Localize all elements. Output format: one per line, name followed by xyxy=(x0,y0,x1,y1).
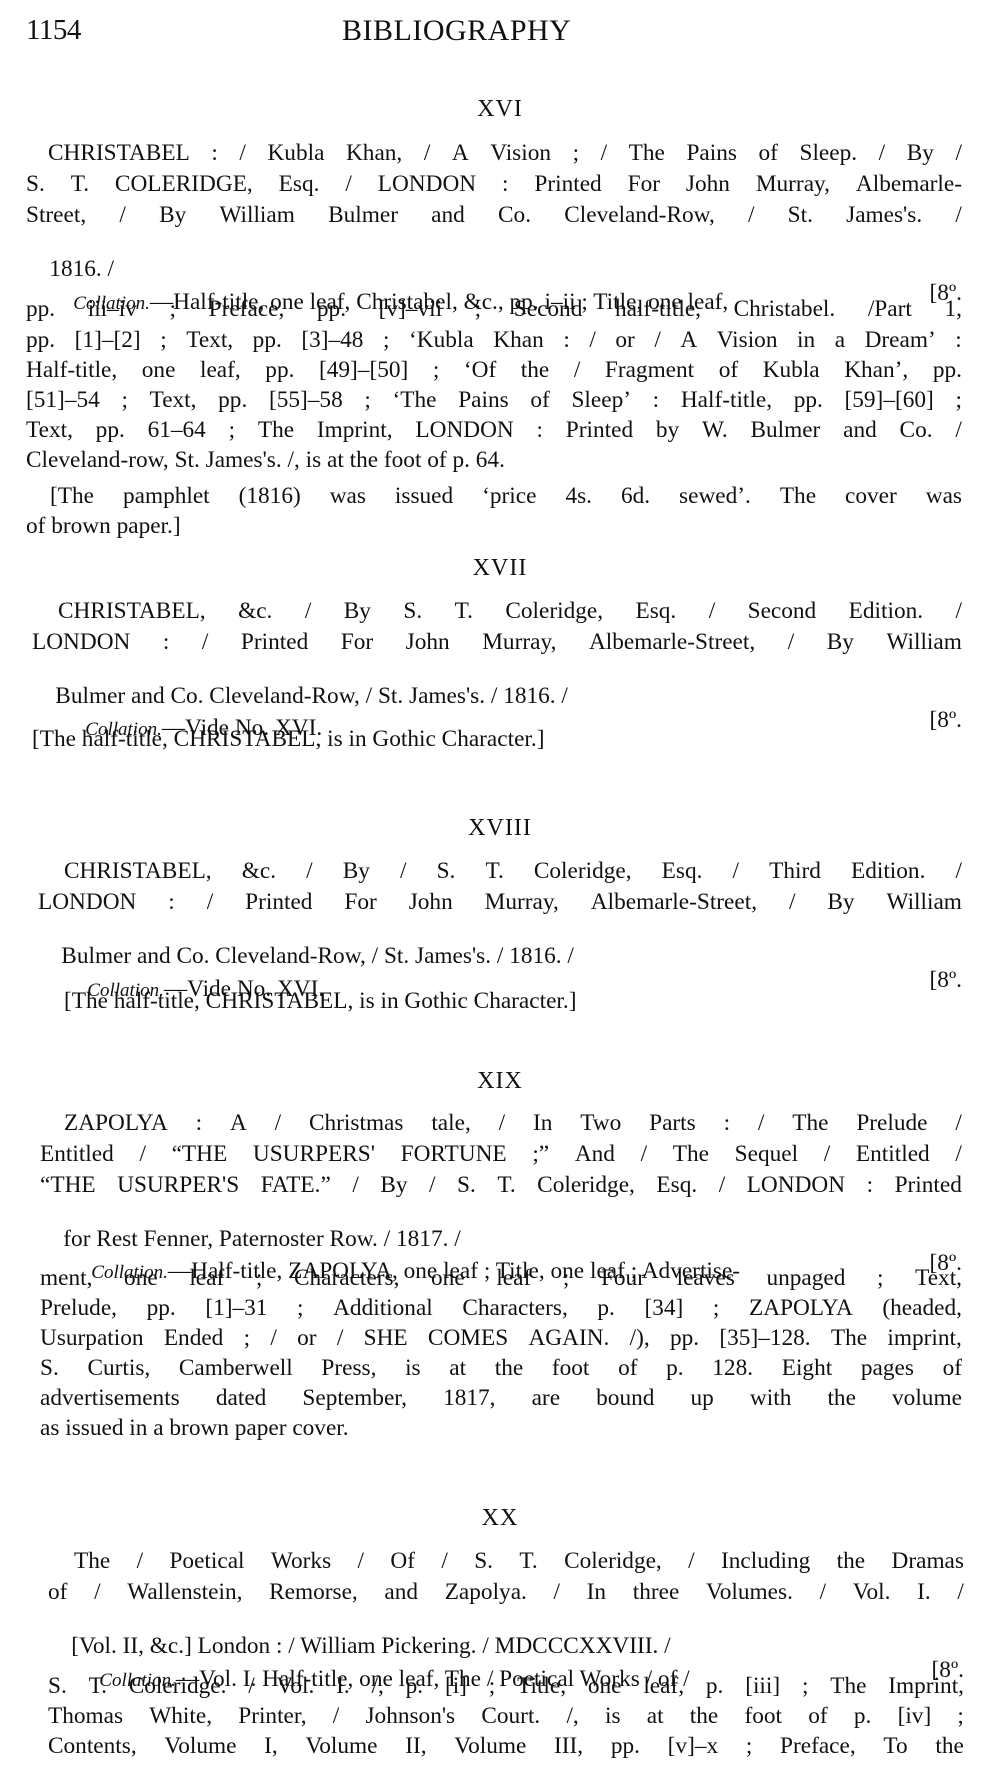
entry-xvi-title-line-1: CHRISTABEL:/KublaKhan,/AVision;/ThePains… xyxy=(48,142,962,165)
entry-number-xvi: XVI xyxy=(0,96,1000,123)
entry-xx-collation-line-2: S.T.Coleridge./Vol.I./,p.[i];Title,onele… xyxy=(48,1675,964,1698)
entry-xviii-title-line-1: CHRISTABEL,&c./By/S.T.Coleridge,Esq./Thi… xyxy=(64,860,962,883)
entry-xx-title-line-1: The/PoeticalWorks/Of/S.T.Coleridge,/Incl… xyxy=(74,1550,964,1573)
entry-xix-collation-line-2: ment,oneleaf;Characters,oneleaf;Fourleav… xyxy=(40,1267,962,1290)
entry-number-xix: XIX xyxy=(0,1068,1000,1095)
running-title: BIBLIOGRAPHY xyxy=(342,14,571,48)
entry-xix-title-line-1: ZAPOLYA:A/Christmastale,/InTwoParts:/The… xyxy=(64,1112,962,1135)
entry-xviii-note: [The half-title, CHRISTABEL, is in Gothi… xyxy=(64,990,577,1013)
entry-xviii-title-line-2: LONDON:/PrintedForJohnMurray,Albemarle-S… xyxy=(38,891,962,914)
entry-xix-collation-line-4: UsurpationEnded;/or/SHECOMESAGAIN./),pp.… xyxy=(40,1327,962,1350)
entry-number-xviii: XVIII xyxy=(0,815,1000,842)
entry-xix-collation-line-3: Prelude,pp.[1]–31;AdditionalCharacters,p… xyxy=(40,1297,962,1320)
entry-xx-collation-line-3: ThomasWhite,Printer,/Johnson'sCourt./,is… xyxy=(48,1705,964,1728)
entry-xviii-format: [8º. xyxy=(930,969,962,992)
entry-xvi-collation-line-2: pp.iii–iv;Preface,pp.[v]–vii;Secondhalf-… xyxy=(26,298,962,321)
entry-xvi-collation-line-5: [51]–54;Text,pp.[55]–58;‘ThePainsofSleep… xyxy=(26,389,962,412)
entry-number-xvii: XVII xyxy=(0,555,1000,582)
entry-xvi-collation-line-7: Cleveland-row, St. James's. /, is at the… xyxy=(26,449,505,472)
entry-xx-collation-line-4: Contents,VolumeI,VolumeII,VolumeIII,pp.[… xyxy=(48,1735,964,1758)
entry-xix-title-line-3: “THEUSURPER'SFATE.”/By/S.T.Coleridge,Esq… xyxy=(40,1174,962,1197)
entry-xvi-collation-line-3: pp.[1]–[2];Text,pp.[3]–48;‘KublaKhan:/or… xyxy=(26,329,962,352)
entry-xix-collation-line-7: as issued in a brown paper cover. xyxy=(40,1417,349,1440)
entry-xvi-title-line-2: S.T.COLERIDGE,Esq./LONDON:PrintedForJohn… xyxy=(26,173,962,196)
entry-xvii-note: [The half-title, CHRISTABEL, is in Gothi… xyxy=(32,728,545,751)
entry-xix-collation-line-6: advertisementsdatedSeptember,1817,arebou… xyxy=(40,1387,962,1410)
entry-number-xx: XX xyxy=(0,1505,1000,1532)
entry-xvii-format: [8º. xyxy=(930,709,962,732)
entry-xix-title-line-2: Entitled/“THEUSURPERS'FORTUNE;”And/TheSe… xyxy=(40,1143,962,1166)
page-number: 1154 xyxy=(26,14,81,47)
entry-xvi-collation-line-6: Text,pp.61–64;TheImprint,LONDON:Printedb… xyxy=(26,419,962,442)
entry-xvii-title-line-2: LONDON:/PrintedForJohnMurray,Albemarle-S… xyxy=(32,631,962,654)
running-head: 1154 BIBLIOGRAPHY xyxy=(26,14,956,54)
book-page: 1154 BIBLIOGRAPHY XVI CHRISTABEL:/KublaK… xyxy=(0,0,1000,1791)
entry-xvi-collation-line-4: Half-title,oneleaf,pp.[49]–[50];‘Ofthe/F… xyxy=(26,359,962,382)
entry-xvi-note-line-2: of brown paper.] xyxy=(26,515,181,538)
entry-xx-title-line-2: of/Wallenstein,Remorse,andZapolya./Inthr… xyxy=(48,1581,964,1604)
entry-xix-collation-line-5: S.Curtis,CamberwellPress,isatthefootofp.… xyxy=(40,1357,962,1380)
entry-xvi-note-line-1: [Thepamphlet(1816)wasissued‘price4s.6d.s… xyxy=(50,485,962,508)
entry-xvi-title-line-3: Street,/ByWilliamBulmerandCo.Cleveland-R… xyxy=(26,204,962,227)
entry-xvii-title-line-1: CHRISTABEL,&c./ByS.T.Coleridge,Esq./Seco… xyxy=(58,600,962,623)
